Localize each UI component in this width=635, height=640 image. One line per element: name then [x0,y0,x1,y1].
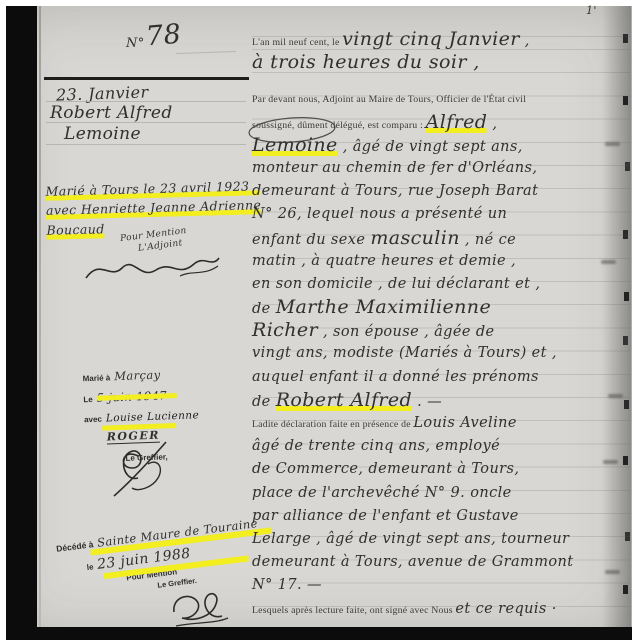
handwritten-text: Lelarge , âgé de vingt sept ans, tourneu… [252,531,569,547]
document-line: Lemoine , âgé de vingt sept ans, [252,134,630,157]
margin-child-name-2: Lemoine [64,124,141,144]
document-line: soussigné, dûment délégué, est comparu :… [252,111,630,134]
handwritten-text: , âgé de vingt sept ans, [338,139,523,155]
document-line: de Marthe Maximilienne [252,296,630,319]
margin-child-name-1: Robert Alfred [50,103,173,123]
handwritten-text: enfant du sexe [252,232,370,248]
handwritten-text: auquel enfant il a donné les prénoms [252,369,539,385]
handwritten-text: de [252,301,276,317]
margin-ruled-line [46,122,246,123]
margin-divider-rule [44,77,249,80]
document-line: par alliance de l'enfant et Gustave [252,505,630,528]
printed-form-text: L'an mil neuf cent, le [252,37,342,48]
handwritten-text: monteur au chemin de fer d'Orléans, [252,160,537,176]
handwritten-text: , son épouse , âgée de [318,324,495,340]
stamp-date-label: Le [83,395,93,404]
handwritten-text: en son domicile , de lui déclarant et , [252,276,540,292]
document-line: de Commerce, demeurant à Tours, [252,458,630,481]
document-line: âgé de trente cinq ans, employé [252,435,630,458]
handwritten-text: par alliance de l'enfant et Gustave [252,508,519,524]
document-line: monteur au chemin de fer d'Orléans, [252,157,630,180]
document-line: en son domicile , de lui déclarant et , [252,273,630,296]
document-line: place de l'archevêché N° 9. oncle [252,482,630,505]
document-line: de Robert Alfred . — [252,389,630,412]
handwritten-text: âgé de trente cinq ans, employé [252,438,500,454]
handwritten-text: , [520,33,530,49]
document-line: Richer , son épouse , âgée de [252,319,630,342]
handwritten-text: place de l'archevêché N° 9. oncle [252,485,512,501]
document-line: N° 17. — [252,574,630,597]
stamp-spouse-name: Louise Lucienne [106,409,200,424]
handwritten-text: demeurant à Tours, avenue de Grammont [252,554,573,570]
page-corner-mark: 1' [586,4,597,17]
document-line: demeurant à Tours, rue Joseph Barat [252,180,630,203]
stamp-death-date-label: le [86,562,94,572]
stamp-with-label: avec [84,415,102,425]
printed-form-text: Lesquels après lecture faite, ont signé … [252,605,455,616]
act-body-text: L'an mil neuf cent, le vingt cinq Janvie… [252,28,630,621]
handwritten-text: . — [412,394,442,410]
stamp-deceased-label: Décédé à [56,539,94,553]
handwritten-text: vingt cinq Janvier [342,28,520,50]
handwritten-text: demeurant à Tours, rue Joseph Barat [252,183,538,199]
act-number: 78 [145,19,183,53]
document-line: enfant du sexe masculin , né ce [252,227,630,250]
document-line: Lesquels après lecture faite, ont signé … [252,598,630,621]
handwritten-text: Marthe Maximilienne [276,296,491,318]
handwritten-text: à trois heures du soir , [252,51,480,73]
document-line: à trois heures du soir , [252,51,630,74]
document-line: Lelarge , âgé de vingt sept ans, tourneu… [252,528,630,551]
scan-border-bottom [6,627,632,640]
handwritten-text: , [487,116,497,132]
printed-form-text: Par devant nous, Adjoint au Maire de Tou… [252,94,526,105]
signature-clerk-paraph [108,438,174,500]
stamp-married-place: Marçay [114,368,161,384]
margin-ruled-line [46,101,246,102]
printed-form-text: Ladite déclaration faite en présence de [252,419,413,430]
highlighted-text: Robert Alfred [276,389,412,411]
handwritten-text: et ce requis · [455,601,556,617]
handwritten-text: N° 26, lequel nous a présenté un [252,206,507,222]
handwritten-text: matin , à quatre heures et demie , [252,253,516,269]
act-number-label: N° [126,36,145,51]
document-line: vingt ans, modiste (Mariés à Tours) et , [252,342,630,365]
document-line: Ladite déclaration faite en présence de … [252,412,630,435]
handwritten-text: masculin [370,227,460,249]
margin-ruled-line [46,144,246,145]
handwritten-text: , né ce [460,232,516,248]
highlighted-text: Alfred [426,111,488,133]
document-line: demeurant à Tours, avenue de Grammont [252,551,630,574]
highlighted-text: Lemoine [252,134,338,156]
document-line: N° 26, lequel nous a présenté un [252,203,630,226]
document-line: L'an mil neuf cent, le vingt cinq Janvie… [252,28,630,51]
stamp-married-label: Marié à [83,373,111,383]
handwritten-text: N° 17. — [252,577,322,593]
signature-adjoint [82,246,222,288]
handwritten-text: Richer [252,319,318,341]
document-line: matin , à quatre heures et demie , [252,250,630,273]
document-line: auquel enfant il a donné les prénoms [252,366,630,389]
marriage-note-line3: Boucaud [46,219,105,240]
printed-form-text: soussigné, dûment délégué, est comparu : [252,120,426,131]
scan-border-left [6,6,37,628]
handwritten-text: vingt ans, modiste (Mariés à Tours) et , [252,345,557,361]
handwritten-text: de [252,394,276,410]
handwritten-text: Louis Aveline [413,415,516,431]
page-edge-line [39,6,41,627]
document-line: Par devant nous, Adjoint au Maire de Tou… [252,87,630,110]
handwritten-text: de Commerce, demeurant à Tours, [252,461,519,477]
